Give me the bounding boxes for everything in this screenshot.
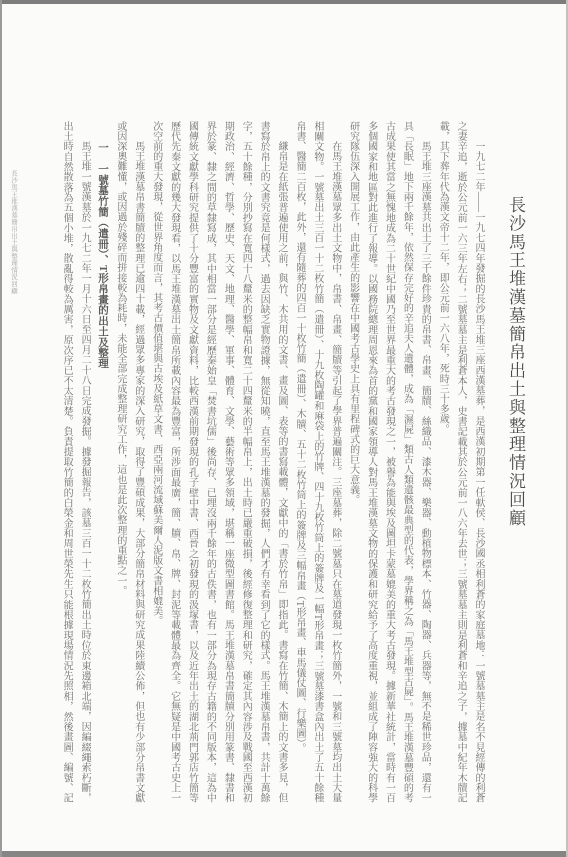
paragraph-4: 縑帛是在紙張普遍使用之前，與竹、木共用的文書、畫及圖、表等的書寫載體，文獻中的「… xyxy=(147,121,290,803)
scan-edge-top xyxy=(0,0,568,4)
section-heading: 一 一號墓竹簡（遣冊）、T形帛畫的出土及整理 xyxy=(93,121,111,803)
scan-edge-bottom xyxy=(0,851,568,857)
scanned-book-page: 長沙馬王堆漢墓簡帛出土與整理情況回顧 長沙馬王堆漢墓簡帛出土與整理情況回顧 一九… xyxy=(0,0,568,857)
paragraph-1: 一九七二年——一九七四年發掘的長沙馬王堆三座西漢墓葬，是西漢初期第一任軑侯、長沙… xyxy=(433,121,487,803)
page-title: 長沙馬王堆漢墓簡帛出土與整理情況回顧 xyxy=(503,196,528,527)
scan-edge-left xyxy=(0,0,2,857)
body-text-block: 一九七二年——一九七四年發掘的長沙馬王堆三座西漢墓葬，是西漢初期第一任軑侯、長沙… xyxy=(57,121,487,803)
paragraph-6: 馬王堆一號漢墓於一九七二年一月十六日至四月二十八日完成發掘。據發掘報告，該墓三百… xyxy=(57,121,93,803)
paragraph-2: 馬王堆三座漢墓共出土了三千餘件珍貴的帛書、帛畫、簡牘、絲織品、漆木器、樂器、動植… xyxy=(344,121,434,803)
paragraph-5: 馬王堆漢墓帛書簡牘的整理已逾四十載，經過眾多專家的深入研究，取得了豐碩成果，大部… xyxy=(111,121,147,803)
paragraph-3: 在馬王堆漢墓眾多出土文物中，帛書、帛畫、簡牘等引起了學界普遍關注。三座墓葬，除二… xyxy=(290,121,344,803)
running-margin-title: 長沙馬王堆漢墓簡帛出土與整理情況回顧 xyxy=(9,170,18,294)
